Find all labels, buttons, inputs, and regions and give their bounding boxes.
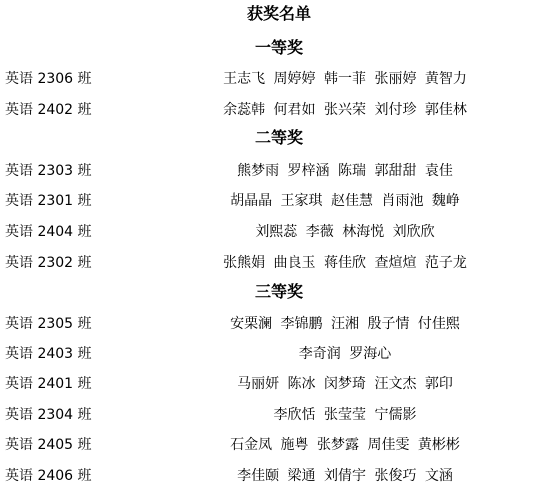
winner-names: 张熊娟 曲良玉 蒋佳欣 查煊煊 范子龙 bbox=[130, 252, 558, 274]
class-name: 英语 2401 班 bbox=[5, 373, 92, 395]
table-row: 英语 2403 班 李奇润 罗海心 bbox=[0, 343, 558, 365]
table-row: 英语 2404 班 刘熙蕊 李薇 林海悦 刘欣欣 bbox=[0, 221, 558, 243]
class-name: 英语 2303 班 bbox=[5, 160, 92, 182]
table-row: 英语 2406 班 李佳颐 梁通 刘倩宇 张俊巧 文涵 bbox=[0, 465, 558, 487]
class-name: 英语 2301 班 bbox=[5, 190, 92, 212]
table-row: 英语 2303 班 熊梦雨 罗梓涵 陈瑞 郭甜甜 袁佳 bbox=[0, 160, 558, 182]
class-name: 英语 2403 班 bbox=[5, 343, 92, 365]
class-name: 英语 2305 班 bbox=[5, 313, 92, 335]
winner-names: 马丽妍 陈冰 闵梦琦 汪文杰 郭印 bbox=[130, 373, 558, 395]
table-row: 英语 2405 班 石金凤 施粤 张梦露 周佳雯 黄彬彬 bbox=[0, 434, 558, 456]
page-title: 获奖名单 bbox=[0, 3, 558, 25]
table-row: 英语 2305 班 安栗澜 李锦鹏 汪湘 殷子情 付佳熙 bbox=[0, 313, 558, 335]
winner-names: 熊梦雨 罗梓涵 陈瑞 郭甜甜 袁佳 bbox=[130, 160, 558, 182]
winner-names: 李欣恬 张莹莹 宁儒影 bbox=[130, 404, 558, 426]
winner-names: 胡晶晶 王家琪 赵佳慧 肖雨池 魏峥 bbox=[130, 190, 558, 212]
section-title-first-prize: 一等奖 bbox=[0, 37, 558, 59]
table-row: 英语 2302 班 张熊娟 曲良玉 蒋佳欣 查煊煊 范子龙 bbox=[0, 252, 558, 274]
table-row: 英语 2306 班 王志飞 周婷婷 韩一菲 张丽婷 黄智力 bbox=[0, 68, 558, 90]
table-row: 英语 2301 班 胡晶晶 王家琪 赵佳慧 肖雨池 魏峥 bbox=[0, 190, 558, 212]
class-name: 英语 2405 班 bbox=[5, 434, 92, 456]
class-name: 英语 2404 班 bbox=[5, 221, 92, 243]
table-row: 英语 2402 班 余蕊韩 何君如 张兴荣 刘付珍 郭佳林 bbox=[0, 99, 558, 121]
class-name: 英语 2406 班 bbox=[5, 465, 92, 487]
winner-names: 石金凤 施粤 张梦露 周佳雯 黄彬彬 bbox=[130, 434, 558, 456]
class-name: 英语 2302 班 bbox=[5, 252, 92, 274]
winner-names: 王志飞 周婷婷 韩一菲 张丽婷 黄智力 bbox=[130, 68, 558, 90]
class-name: 英语 2402 班 bbox=[5, 99, 92, 121]
section-title-third-prize: 三等奖 bbox=[0, 281, 558, 303]
winner-names: 刘熙蕊 李薇 林海悦 刘欣欣 bbox=[130, 221, 558, 243]
table-row: 英语 2304 班 李欣恬 张莹莹 宁儒影 bbox=[0, 404, 558, 426]
table-row: 英语 2401 班 马丽妍 陈冰 闵梦琦 汪文杰 郭印 bbox=[0, 373, 558, 395]
section-title-second-prize: 二等奖 bbox=[0, 127, 558, 149]
winner-names: 安栗澜 李锦鹏 汪湘 殷子情 付佳熙 bbox=[130, 313, 558, 335]
winner-names: 李佳颐 梁通 刘倩宇 张俊巧 文涵 bbox=[130, 465, 558, 487]
winner-names: 李奇润 罗海心 bbox=[130, 343, 558, 365]
winner-names: 余蕊韩 何君如 张兴荣 刘付珍 郭佳林 bbox=[130, 99, 558, 121]
class-name: 英语 2306 班 bbox=[5, 68, 92, 90]
class-name: 英语 2304 班 bbox=[5, 404, 92, 426]
